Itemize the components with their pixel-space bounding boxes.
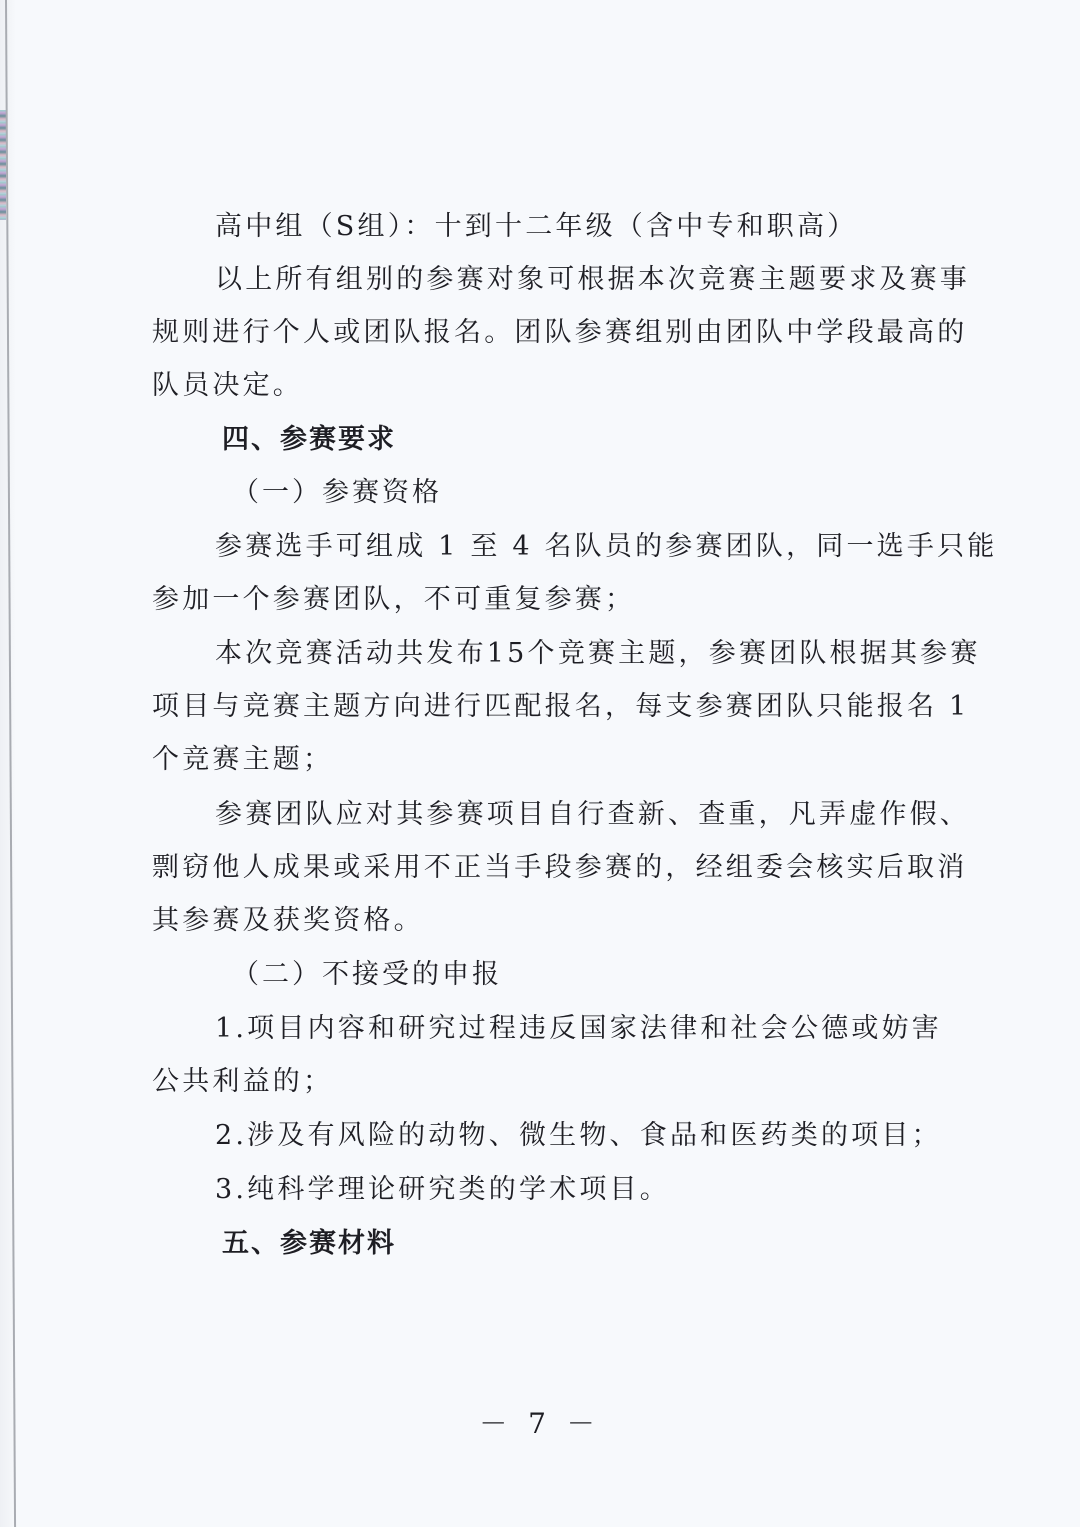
paragraph-senior-group: 高中组（S组）：十到十二年级（含中专和职高） xyxy=(215,210,942,244)
paragraph-topics-line-1: 本次竞赛活动共发布15个竞赛主题，参赛团队根据其参赛 xyxy=(215,637,942,671)
paragraph-topics-line-2: 项目与竞赛主题方向进行匹配报名，每支参赛团队只能报名 1 xyxy=(152,690,942,724)
subsection-heading-rejected: （二）不接受的申报 xyxy=(232,958,1022,992)
paragraph-originality-line-2: 剽窃他人成果或采用不正当手段参赛的，经组委会核实后取消 xyxy=(152,851,942,885)
list-item-2: 2.涉及有风险的动物、微生物、食品和医药类的项目； xyxy=(215,1119,942,1153)
section-heading-materials: 五、参赛材料 xyxy=(222,1227,1012,1261)
paragraph-team-size-line-2: 参加一个参赛团队，不可重复参赛； xyxy=(152,583,942,617)
subsection-heading-eligibility: （一）参赛资格 xyxy=(232,476,1022,510)
list-item-1-line-2: 公共利益的； xyxy=(152,1065,942,1099)
paragraph-originality-line-3: 其参赛及获奖资格。 xyxy=(152,904,942,938)
paragraph-topics-line-3: 个竞赛主题； xyxy=(152,743,942,777)
page-number: － 7 － xyxy=(0,1402,1080,1442)
paragraph-registration-line-3: 队员决定。 xyxy=(152,369,942,403)
document-page: 高中组（S组）：十到十二年级（含中专和职高） 以上所有组别的参赛对象可根据本次竞… xyxy=(0,0,1080,1527)
list-item-3: 3.纯科学理论研究类的学术项目。 xyxy=(215,1173,942,1207)
paragraph-registration-line-2: 规则进行个人或团队报名。团队参赛组别由团队中学段最高的 xyxy=(152,316,942,350)
list-item-1-line-1: 1.项目内容和研究过程违反国家法律和社会公德或妨害 xyxy=(215,1012,942,1046)
paragraph-registration-line-1: 以上所有组别的参赛对象可根据本次竞赛主题要求及赛事 xyxy=(215,263,942,297)
paragraph-team-size-line-1: 参赛选手可组成 1 至 4 名队员的参赛团队，同一选手只能 xyxy=(215,530,942,564)
section-heading-requirements: 四、参赛要求 xyxy=(222,423,1012,457)
paragraph-originality-line-1: 参赛团队应对其参赛项目自行查新、查重，凡弄虚作假、 xyxy=(215,798,942,832)
